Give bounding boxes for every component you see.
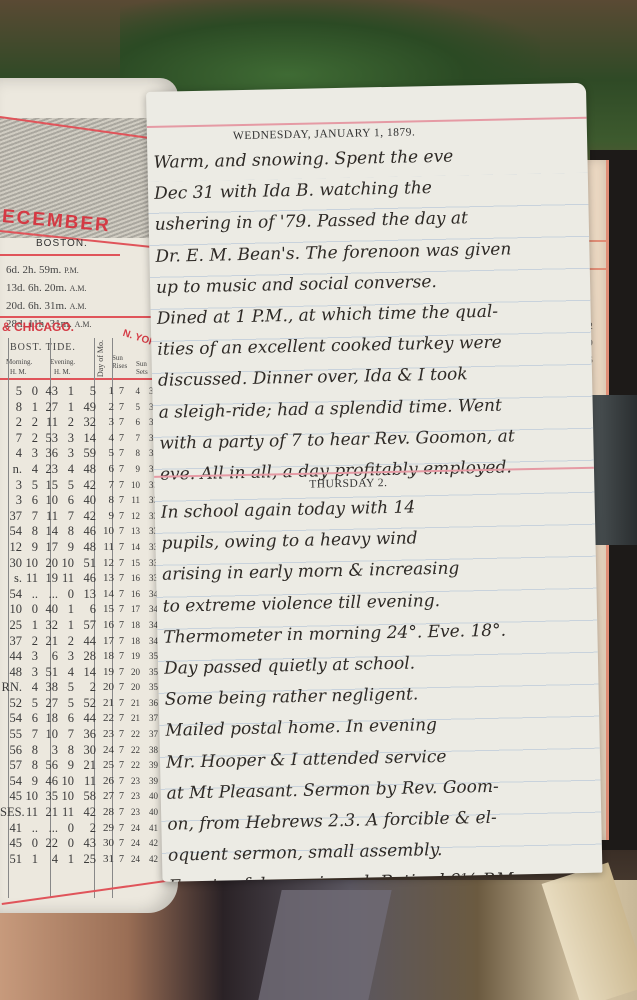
tide-cell-sr: 7 — [114, 805, 124, 821]
tide-cell-eh: 0 — [58, 821, 74, 837]
tide-cell-em: 52 — [74, 696, 96, 712]
tide-cell-lead: 7 — [0, 431, 22, 447]
tide-cell-m: 35 — [140, 665, 158, 681]
tide-cell-m: 34 — [140, 602, 158, 618]
tide-cell-sr: 7 — [114, 789, 124, 805]
tide-cell-ss: 15 — [124, 556, 140, 572]
tide-cell-sr: 7 — [114, 493, 124, 509]
tide-cell-lead: 55 — [0, 727, 22, 743]
tide-cell-em: 5 — [74, 384, 96, 400]
tide-row: 54.....0131471634 — [0, 587, 158, 603]
tide-cell-ss: 16 — [124, 587, 140, 603]
tide-row: 557107362372237 — [0, 727, 158, 743]
tide-cell-mm: 10 — [38, 727, 58, 743]
tide-cell-mh: 10 — [22, 789, 38, 805]
tide-row: 3610640871133 — [0, 493, 158, 509]
tide-cell-mh: 11 — [22, 805, 38, 821]
tide-cell-sr: 7 — [114, 431, 124, 447]
tide-cell-mm: 19 — [38, 571, 58, 587]
tide-cell-eh: 1 — [58, 602, 74, 618]
tide-cell-d: 6 — [96, 462, 114, 478]
tide-row: 433635957833 — [0, 446, 158, 462]
tide-cell-em: 32 — [74, 415, 96, 431]
tide-cell-d: 3 — [96, 415, 114, 431]
tide-cell-d: 12 — [96, 556, 114, 572]
tide-cell-em: 14 — [74, 665, 96, 681]
tide-cell-ss: 10 — [124, 478, 140, 494]
tide-cell-em: 14 — [74, 431, 96, 447]
tide-cell-lead: 54 — [0, 587, 22, 603]
tide-cell-ss: 22 — [124, 758, 140, 774]
tide-cell-m: 38 — [140, 743, 158, 759]
tide-cell-ss: 22 — [124, 727, 140, 743]
tide-cell-mm: 15 — [38, 478, 58, 494]
tide-cell-eh: 0 — [58, 836, 74, 852]
tide-cell-sr: 7 — [114, 727, 124, 743]
tide-cell-mm: 22 — [38, 836, 58, 852]
tide-cell-lead: 30 — [0, 556, 22, 572]
tide-cell-m: 34 — [140, 634, 158, 650]
tide-cell-em: 40 — [74, 493, 96, 509]
tide-row: 3515542771033 — [0, 478, 158, 494]
tide-cell-lead: 45 — [0, 789, 22, 805]
tide-cell-d: 8 — [96, 493, 114, 509]
tide-row: 41.....022972441 — [0, 821, 158, 837]
tide-cell-sr: 7 — [114, 680, 124, 696]
tide-cell-mh: 0 — [22, 836, 38, 852]
tide-row: 548148461071333 — [0, 524, 158, 540]
background-slat — [258, 890, 391, 1000]
tide-cell-d: 20 — [96, 680, 114, 696]
tide-cell-m: 41 — [140, 821, 158, 837]
tide-cell-mh: .. — [22, 587, 38, 603]
tide-cell-em: 2 — [74, 680, 96, 696]
tide-cell-em: 6 — [74, 602, 96, 618]
tide-cell-ss: 14 — [124, 540, 140, 556]
tide-cell-d: 5 — [96, 446, 114, 462]
tide-row: 44363281871935 — [0, 649, 158, 665]
tide-cell-eh: 6 — [58, 493, 74, 509]
tide-cell-em: 36 — [74, 727, 96, 743]
tide-cell-mm: 35 — [38, 789, 58, 805]
tide-cell-mm: 40 — [38, 602, 58, 618]
tide-cell-d: 25 — [96, 758, 114, 774]
page-rule — [2, 878, 178, 905]
tide-cell-d: 27 — [96, 789, 114, 805]
tide-cell-d: 24 — [96, 743, 114, 759]
tide-cell-mm: 14 — [38, 524, 58, 540]
tide-cell-sr: 7 — [114, 415, 124, 431]
tide-cell-eh: 1 — [58, 400, 74, 416]
tide-cell-lead: 37 — [0, 509, 22, 525]
tide-cell-sr: 7 — [114, 478, 124, 494]
tide-cell-mh: 4 — [22, 462, 38, 478]
tide-cell-eh: 9 — [58, 540, 74, 556]
evening-label: Evening. — [50, 358, 75, 366]
tide-cell-mm: ... — [38, 587, 58, 603]
tide-cell-eh: 9 — [58, 758, 74, 774]
tide-row: 37711742971233 — [0, 509, 158, 525]
tide-cell-mm: 6 — [38, 649, 58, 665]
tide-cell-mh: 1 — [22, 400, 38, 416]
tide-cell-d: 9 — [96, 509, 114, 525]
tide-cell-mm: 27 — [38, 696, 58, 712]
tide-row: 56838302472238 — [0, 743, 158, 759]
tide-cell-eh: 7 — [58, 727, 74, 743]
tide-cell-ss: 7 — [124, 431, 140, 447]
section-title: & CHICAGO. — [2, 320, 74, 334]
tide-cell-mm: 11 — [38, 415, 58, 431]
tide-cell-m: 42 — [140, 836, 158, 852]
tide-cell-d: 28 — [96, 805, 114, 821]
tide-cell-eh: 1 — [58, 618, 74, 634]
tide-cell-lead: 10 — [0, 602, 22, 618]
tide-cell-mm: 10 — [38, 493, 58, 509]
moon-phase-row: 13d. 6h. 20m. A.M. — [6, 282, 86, 294]
tide-cell-eh: 0 — [58, 587, 74, 603]
tide-row: 129179481171433 — [0, 540, 158, 556]
tide-row: 45103510582772340 — [0, 789, 158, 805]
tide-cell-sr: 7 — [114, 509, 124, 525]
day-of-month-label: Day of Mo. — [96, 340, 105, 377]
tide-cell-m: 34 — [140, 618, 158, 634]
tide-cell-mm: 32 — [38, 618, 58, 634]
tide-cell-em: 59 — [74, 446, 96, 462]
tide-cell-mh: 4 — [22, 680, 38, 696]
tide-cell-eh: 3 — [58, 649, 74, 665]
tide-cell-sr: 7 — [114, 524, 124, 540]
tide-cell-mm: 27 — [38, 400, 58, 416]
tide-cell-mh: .. — [22, 821, 38, 837]
tide-cell-ss: 4 — [124, 384, 140, 400]
tide-cell-lead: n. — [0, 462, 22, 478]
tide-cell-lead: 37 — [0, 634, 22, 650]
tide-cell-em: 51 — [74, 556, 96, 572]
tide-row: 5494610112672339 — [0, 774, 158, 790]
tide-cell-d: 19 — [96, 665, 114, 681]
sun-rises-label: Sun Rises — [112, 354, 136, 370]
tide-cell-mh: 10 — [22, 556, 38, 572]
tide-cell-em: 46 — [74, 571, 96, 587]
tide-cell-d: 13 — [96, 571, 114, 587]
tide-cell-sr: 7 — [114, 774, 124, 790]
tide-cell-ss: 18 — [124, 618, 140, 634]
tide-cell-m: 35 — [140, 649, 158, 665]
tide-cell-ss: 20 — [124, 680, 140, 696]
tide-cell-lead: RN. — [0, 680, 22, 696]
tide-cell-sr: 7 — [114, 758, 124, 774]
moon-phases-city: BOSTON. — [36, 238, 88, 249]
tide-cell-em: 42 — [74, 478, 96, 494]
tide-cell-mh: 6 — [22, 711, 38, 727]
tide-cell-eh: 10 — [58, 789, 74, 805]
tide-cell-ss: 23 — [124, 774, 140, 790]
tide-cell-mm: 17 — [38, 540, 58, 556]
tide-cell-lead: 2 — [0, 415, 22, 431]
tide-cell-d: 7 — [96, 478, 114, 494]
tide-cell-ss: 23 — [124, 805, 140, 821]
tide-cell-sr: 7 — [114, 696, 124, 712]
tide-cell-mm: 20 — [38, 556, 58, 572]
tide-cell-eh: 8 — [58, 743, 74, 759]
tide-cell-m: 34 — [140, 587, 158, 603]
tide-cell-ss: 21 — [124, 711, 140, 727]
tide-cell-lead: 54 — [0, 711, 22, 727]
tide-cell-mm: 46 — [38, 774, 58, 790]
tide-cell-eh: 10 — [58, 556, 74, 572]
tide-row: n.42344867933 — [0, 462, 158, 478]
tide-cell-sr: 7 — [114, 540, 124, 556]
tide-cell-mm: 53 — [38, 431, 58, 447]
tide-cell-ss: 6 — [124, 415, 140, 431]
tide-cell-mh: 1 — [22, 852, 38, 868]
tide-cell-em: 58 — [74, 789, 96, 805]
tide-cell-m: 36 — [140, 696, 158, 712]
tide-cell-mh: 9 — [22, 774, 38, 790]
tide-cell-eh: 7 — [58, 509, 74, 525]
tide-cell-d: 1 — [96, 384, 114, 400]
tide-row: 450220433072442 — [0, 836, 158, 852]
tide-cell-lead: 51 — [0, 852, 22, 868]
tide-cell-lead: 5 — [0, 384, 22, 400]
tide-cell-mh: 11 — [22, 571, 38, 587]
tide-cell-lead: 41 — [0, 821, 22, 837]
tide-cell-eh: 5 — [58, 680, 74, 696]
tide-cell-m: 40 — [140, 805, 158, 821]
tide-cell-em: 49 — [74, 400, 96, 416]
tide-cell-m: 42 — [140, 852, 158, 868]
tide-cell-m: 37 — [140, 711, 158, 727]
tide-cell-ss: 24 — [124, 836, 140, 852]
diary-entry-jan-2: In school again today with 14pupils, owi… — [161, 489, 599, 882]
tide-cell-ss: 5 — [124, 400, 140, 416]
tide-cell-mh: 2 — [22, 634, 38, 650]
tide-cell-lead: 25 — [0, 618, 22, 634]
tide-cell-mh: 0 — [22, 602, 38, 618]
tide-cell-sr: 7 — [114, 711, 124, 727]
tide-cell-em: 43 — [74, 836, 96, 852]
tide-cell-ss: 17 — [124, 602, 140, 618]
tide-cell-em: 48 — [74, 462, 96, 478]
tide-cell-lead: 56 — [0, 743, 22, 759]
moon-phase-row: 20d. 6h. 31m. A.M. — [6, 300, 86, 312]
tide-cell-m: 39 — [140, 774, 158, 790]
tide-cell-lead: 54 — [0, 524, 22, 540]
tide-cell-mm: 18 — [38, 711, 58, 727]
tide-cell-sr: 7 — [114, 571, 124, 587]
tide-row: 50431517434 — [0, 384, 158, 400]
tide-cell-ss: 18 — [124, 634, 140, 650]
tide-cell-ss: 13 — [124, 524, 140, 540]
tide-row: RN.438522072035 — [0, 680, 158, 696]
tide-cell-ss: 24 — [124, 852, 140, 868]
tide-cell-sr: 7 — [114, 446, 124, 462]
tide-cell-mm: 56 — [38, 758, 58, 774]
tide-cell-ss: 21 — [124, 696, 140, 712]
tide-cell-sr: 7 — [114, 821, 124, 837]
tide-cell-ss: 12 — [124, 509, 140, 525]
entry-date-header: THURSDAY 2. — [309, 477, 387, 491]
morning-label: Morning. — [6, 358, 32, 366]
tide-cell-em: 30 — [74, 743, 96, 759]
tide-cell-sr: 7 — [114, 665, 124, 681]
tide-cell-lead: 3 — [0, 478, 22, 494]
tide-cell-sr: 7 — [114, 649, 124, 665]
tide-cell-mm: 21 — [38, 634, 58, 650]
tide-cell-eh: 2 — [58, 415, 74, 431]
tide-cell-sr: 7 — [114, 384, 124, 400]
tide-cell-em: 13 — [74, 587, 96, 603]
tide-cell-m: 37 — [140, 727, 158, 743]
tide-cell-ss: 20 — [124, 665, 140, 681]
tide-cell-d: 31 — [96, 852, 114, 868]
tide-row: 483514141972035 — [0, 665, 158, 681]
tide-cell-mm: 4 — [38, 852, 58, 868]
tide-cell-mm: 38 — [38, 680, 58, 696]
tide-cell-ss: 9 — [124, 462, 140, 478]
tide-cell-ss: 8 — [124, 446, 140, 462]
tide-cell-lead: 4 — [0, 446, 22, 462]
tide-cell-sr: 7 — [114, 836, 124, 852]
tide-cell-lead: 48 — [0, 665, 22, 681]
tide-cell-lead: SES. — [0, 805, 22, 821]
tide-cell-lead: s. — [0, 571, 22, 587]
tide-cell-mm: 11 — [38, 509, 58, 525]
tide-cell-mm: 43 — [38, 384, 58, 400]
tide-cell-d: 10 — [96, 524, 114, 540]
tide-cell-eh: 5 — [58, 478, 74, 494]
tide-cell-lead: 8 — [0, 400, 22, 416]
tide-cell-d: 30 — [96, 836, 114, 852]
hm-label: H. M. — [54, 368, 71, 376]
tide-cell-eh: 1 — [58, 852, 74, 868]
tide-cell-d: 2 — [96, 400, 114, 416]
tide-row: 251321571671834 — [0, 618, 158, 634]
tide-cell-lead: 12 — [0, 540, 22, 556]
tide-cell-em: 44 — [74, 711, 96, 727]
tide-cell-ss: 16 — [124, 571, 140, 587]
tide-cell-mh: 9 — [22, 540, 38, 556]
tide-cell-sr: 7 — [114, 618, 124, 634]
tide-cell-d: 11 — [96, 540, 114, 556]
tide-row: 51141253172442 — [0, 852, 158, 868]
tide-row: 812714927534 — [0, 400, 158, 416]
tide-cell-d: 26 — [96, 774, 114, 790]
tide-cell-mh: 7 — [22, 509, 38, 525]
tide-cell-eh: 1 — [58, 384, 74, 400]
tide-cell-sr: 7 — [114, 556, 124, 572]
tide-cell-lead: 54 — [0, 774, 22, 790]
tide-cell-sr: 7 — [114, 634, 124, 650]
tide-cell-sr: 7 — [114, 852, 124, 868]
tide-cell-ss: 19 — [124, 649, 140, 665]
tide-cell-em: 11 — [74, 774, 96, 790]
tide-cell-em: 21 — [74, 758, 96, 774]
tide-cell-mh: 3 — [22, 665, 38, 681]
hm-label: H. M. — [10, 368, 27, 376]
tide-cell-sr: 7 — [114, 587, 124, 603]
tide-row: 10040161571734 — [0, 602, 158, 618]
tide-cell-mh: 5 — [22, 478, 38, 494]
tide-cell-mh: 8 — [22, 743, 38, 759]
diary-entry-jan-1: Warm, and snowing. Spent the eveDec 31 w… — [153, 139, 590, 491]
tide-cell-d: 16 — [96, 618, 114, 634]
tide-cell-d: 15 — [96, 602, 114, 618]
tide-cell-eh: 2 — [58, 634, 74, 650]
tide-cell-eh: 5 — [58, 696, 74, 712]
tide-cell-em: 48 — [74, 540, 96, 556]
tide-cell-mh: 8 — [22, 758, 38, 774]
tide-cell-eh: 4 — [58, 462, 74, 478]
tide-cell-sr: 7 — [114, 602, 124, 618]
tide-cell-eh: 3 — [58, 431, 74, 447]
page-rule — [0, 254, 120, 256]
tide-cell-em: 42 — [74, 805, 96, 821]
tide-cell-mm: 36 — [38, 446, 58, 462]
tide-cell-sr: 7 — [114, 462, 124, 478]
tide-cell-em: 46 — [74, 524, 96, 540]
tide-cell-mh: 3 — [22, 446, 38, 462]
tide-cell-d: 21 — [96, 696, 114, 712]
tide-cell-mh: 2 — [22, 415, 38, 431]
tide-cell-mm: ... — [38, 821, 58, 837]
tide-cell-d: 14 — [96, 587, 114, 603]
tide-cell-sr: 7 — [114, 743, 124, 759]
tide-cell-lead: 57 — [0, 758, 22, 774]
tide-cell-d: 29 — [96, 821, 114, 837]
tide-cell-mm: 23 — [38, 462, 58, 478]
tide-cell-eh: 11 — [58, 805, 74, 821]
tide-row: 525275522172136 — [0, 696, 158, 712]
tide-cell-ss: 23 — [124, 789, 140, 805]
tide-cell-d: 18 — [96, 649, 114, 665]
tide-cell-d: 22 — [96, 711, 114, 727]
tide-row: s.111911461371633 — [0, 571, 158, 587]
tide-cell-em: 25 — [74, 852, 96, 868]
tide-cell-d: 4 — [96, 431, 114, 447]
tide-cell-em: 28 — [74, 649, 96, 665]
tide-row: 546186442272137 — [0, 711, 158, 727]
tide-row: SES.112111422872340 — [0, 805, 158, 821]
tide-cell-sr: 7 — [114, 400, 124, 416]
tide-cell-m: 35 — [140, 680, 158, 696]
tide-cell-lead: 52 — [0, 696, 22, 712]
tide-cell-mh: 5 — [22, 696, 38, 712]
tide-cell-mh: 2 — [22, 431, 38, 447]
tide-cell-lead: 45 — [0, 836, 22, 852]
tide-cell-mh: 0 — [22, 384, 38, 400]
tide-cell-eh: 3 — [58, 446, 74, 462]
tide-row: 725331447733 — [0, 431, 158, 447]
tide-cell-em: 57 — [74, 618, 96, 634]
tide-cell-ss: 11 — [124, 493, 140, 509]
tide-cell-eh: 11 — [58, 571, 74, 587]
tide-row: 221123237634 — [0, 415, 158, 431]
tide-cell-d: 17 — [96, 634, 114, 650]
tide-cell-mh: 6 — [22, 493, 38, 509]
tide-cell-em: 2 — [74, 821, 96, 837]
tide-cell-m: 39 — [140, 758, 158, 774]
tide-cell-mh: 1 — [22, 618, 38, 634]
tide-cell-mm: 3 — [38, 743, 58, 759]
tide-row: 30102010511271533 — [0, 556, 158, 572]
tide-cell-ss: 22 — [124, 743, 140, 759]
header-rule — [147, 117, 587, 128]
tide-header: BOST. TIDE. — [10, 342, 76, 353]
tide-row: 578569212572239 — [0, 758, 158, 774]
tide-row: 372212441771834 — [0, 634, 158, 650]
tide-cell-d: 23 — [96, 727, 114, 743]
